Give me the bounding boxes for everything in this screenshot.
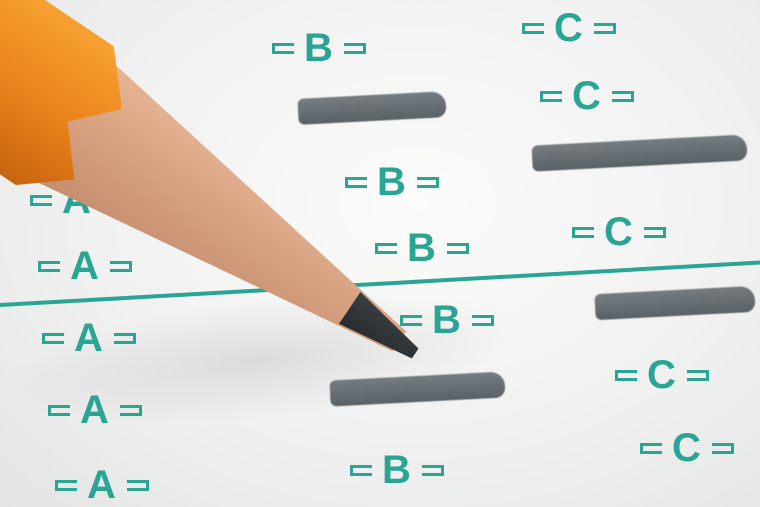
bubble-letter: A [87, 465, 117, 505]
answer-bubble: C [572, 212, 666, 252]
bubble-bracket-left [345, 177, 367, 188]
bubble-letter: C [604, 212, 634, 252]
bubble-bracket-right [687, 370, 709, 381]
bubble-bracket-right [120, 405, 142, 416]
bubble-bracket-right [644, 227, 666, 238]
bubble-letter: A [70, 246, 100, 286]
answer-bubble: B [350, 450, 444, 490]
bubble-letter: C [672, 428, 702, 468]
bubble-bracket-right [110, 261, 132, 272]
bubble-bracket-left [48, 405, 70, 416]
answer-bubble: C [540, 76, 634, 116]
bubble-letter: C [647, 355, 677, 395]
bubble-letter: A [74, 318, 104, 358]
answer-sheet-photo: BCCABCABABCAABC [0, 0, 760, 507]
bubble-letter: B [304, 28, 334, 68]
bubble-bracket-left [42, 333, 64, 344]
bubble-bracket-right [712, 443, 734, 454]
bubble-bracket-right [127, 480, 149, 491]
bubble-bracket-left [540, 91, 562, 102]
bubble-bracket-left [615, 370, 637, 381]
answer-bubble: C [640, 428, 734, 468]
bubble-bracket-right [422, 465, 444, 476]
bubble-bracket-left [350, 465, 372, 476]
pencil-fill-mark [531, 134, 747, 171]
answer-bubble: A [55, 465, 149, 505]
bubble-bracket-right [417, 177, 439, 188]
pencil-fill-mark [594, 286, 755, 320]
bubble-letter: B [377, 162, 407, 202]
bubble-bracket-right [594, 23, 616, 34]
bubble-bracket-right [447, 243, 469, 254]
bubble-bracket-left [272, 43, 294, 54]
answer-bubble: A [48, 390, 142, 430]
bubble-bracket-right [472, 315, 494, 326]
bubble-letter: A [80, 390, 110, 430]
answer-bubble: B [345, 162, 439, 202]
bubble-bracket-left [640, 443, 662, 454]
answer-bubble: C [522, 8, 616, 48]
bubble-bracket-right [114, 333, 136, 344]
answer-bubble: B [272, 28, 366, 68]
bubble-bracket-right [612, 91, 634, 102]
bubble-bracket-left [572, 227, 594, 238]
bubble-letter: C [572, 76, 602, 116]
bubble-bracket-left [38, 261, 60, 272]
answer-bubble: A [42, 318, 136, 358]
bubble-letter: C [554, 8, 584, 48]
pencil-fill-mark [297, 91, 446, 125]
bubble-bracket-left [55, 480, 77, 491]
bubble-bracket-left [522, 23, 544, 34]
bubble-bracket-right [344, 43, 366, 54]
answer-bubble: C [615, 355, 709, 395]
bubble-letter: B [382, 450, 412, 490]
